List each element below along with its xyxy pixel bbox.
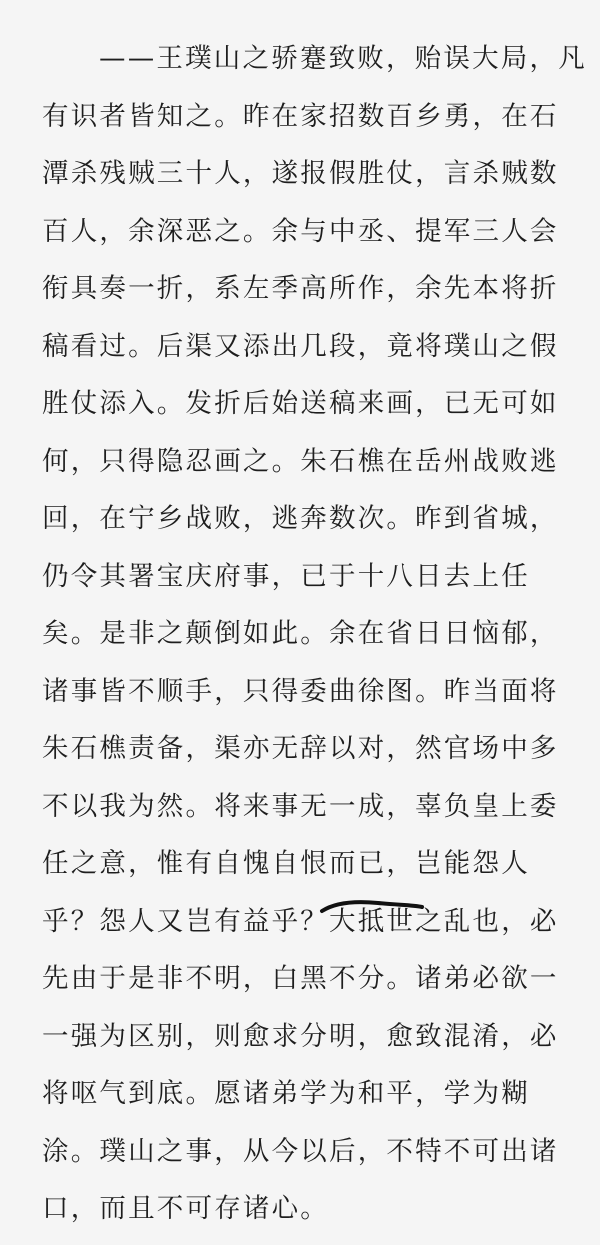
text-line: 稿看过。后渠又添出几段，竟将璞山之假 xyxy=(42,318,572,376)
text-line: 百人，余深恶之。余与中丞、提军三人会 xyxy=(42,203,572,261)
text-line: 口，而且不可存诸心。 xyxy=(42,1180,572,1238)
text-line: 回，在宁乡战败，逃奔数次。昨到省城， xyxy=(42,490,572,548)
text-line: 乎？怨人又岂有益乎？大抵世之乱也，必 xyxy=(42,893,572,951)
text-line: 矣。是非之颠倒如此。余在省日日恼郁， xyxy=(42,605,572,663)
text-line: 胜仗添入。发折后始送稿来画，已无可如 xyxy=(42,375,572,433)
text-line: ——王璞山之骄蹇致败，贻误大局，凡 xyxy=(42,30,572,88)
document-page: ——王璞山之骄蹇致败，贻误大局，凡 有识者皆知之。昨在家招数百乡勇，在石 潭杀残… xyxy=(0,0,600,1245)
text-line: 涂。璞山之事，从今以后，不特不可出诸 xyxy=(42,1123,572,1181)
text-line: 朱石樵责备，渠亦无辞以对，然官场中多 xyxy=(42,720,572,778)
text-line: 有识者皆知之。昨在家招数百乡勇，在石 xyxy=(42,88,572,146)
text-line: 一强为区别，则愈求分明，愈致混淆，必 xyxy=(42,1008,572,1066)
text-line: 将呕气到底。愿诸弟学为和平，学为糊 xyxy=(42,1065,572,1123)
text-line: 先由于是非不明，白黑不分。诸弟必欲一 xyxy=(42,950,572,1008)
text-line: 何，只得隐忍画之。朱石樵在岳州战败逃 xyxy=(42,433,572,491)
text-line: 诸事皆不顺手，只得委曲徐图。昨当面将 xyxy=(42,663,572,721)
letter-text: ——王璞山之骄蹇致败，贻误大局，凡 有识者皆知之。昨在家招数百乡勇，在石 潭杀残… xyxy=(42,30,572,1238)
text-line: 不以我为然。将来事无一成，辜负皇上委 xyxy=(42,778,572,836)
text-line: 衔具奏一折，系左季高所作，余先本将折 xyxy=(42,260,572,318)
text-line: 仍令其署宝庆府事，已于十八日去上任 xyxy=(42,548,572,606)
text-line: 潭杀残贼三十人，遂报假胜仗，言杀贼数 xyxy=(42,145,572,203)
text-line: 任之意，惟有自愧自恨而已，岂能怨人 xyxy=(42,835,572,893)
